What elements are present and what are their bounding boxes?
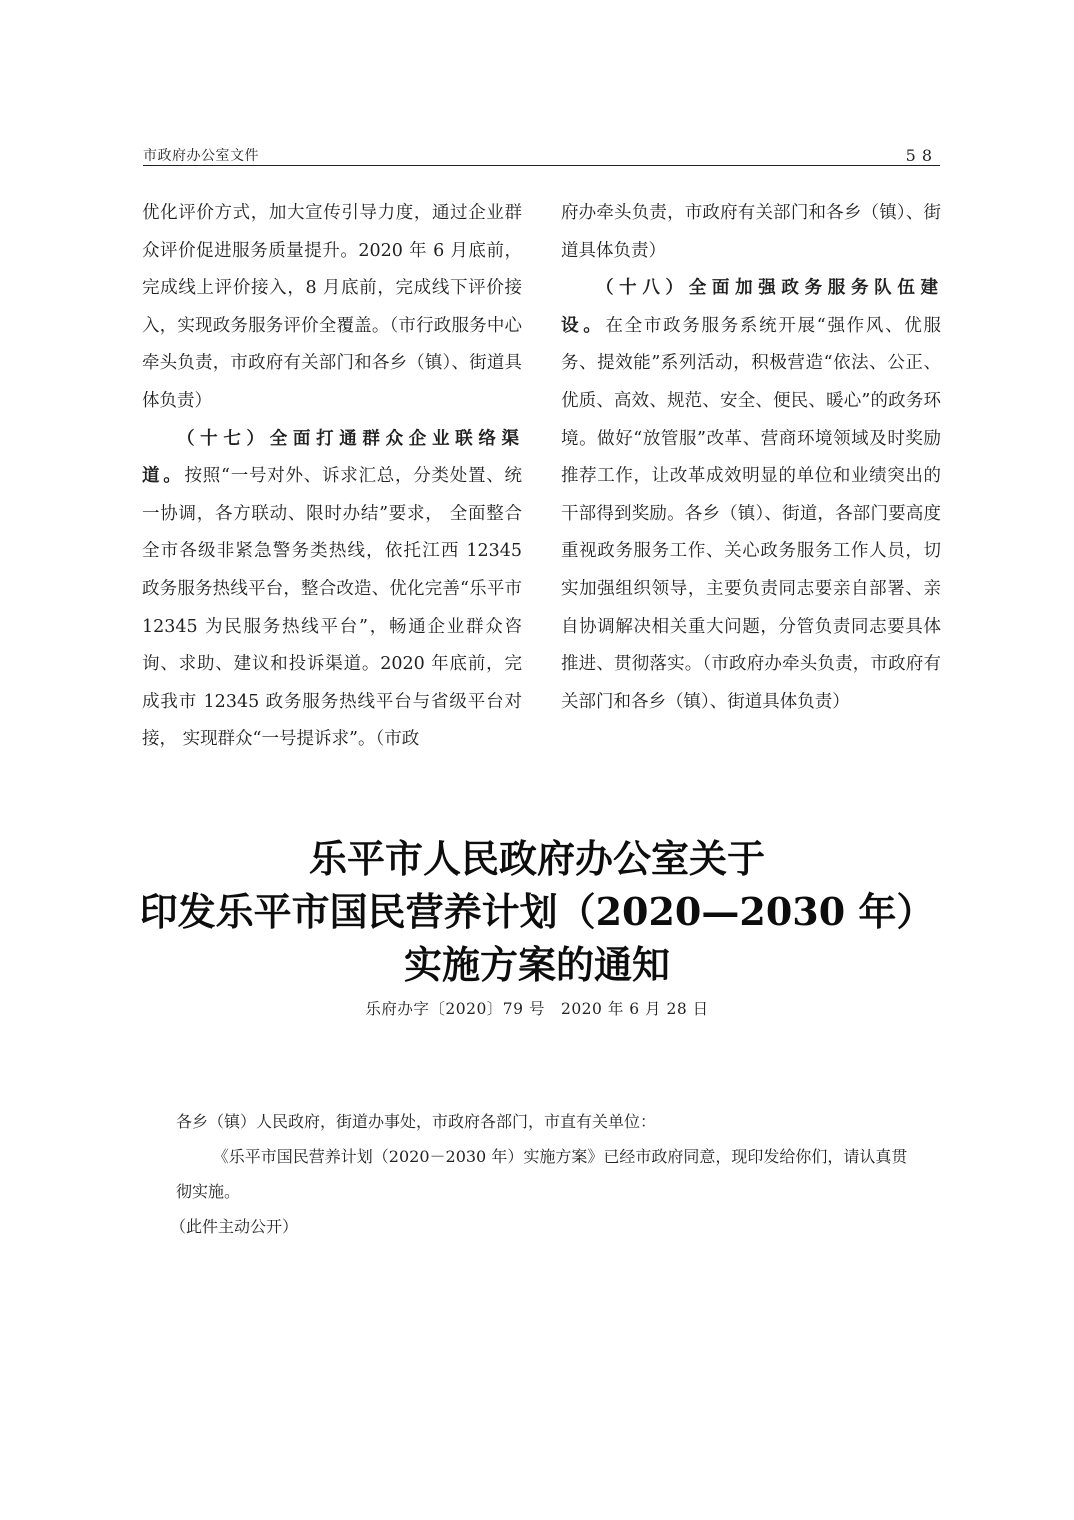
page-header: 市政府办公室文件 58 bbox=[143, 146, 940, 166]
paragraph-section-17: （十七）全面打通群众企业联络渠道。按照“一号对外、诉求汇总，分类处置、统一协调，… bbox=[142, 421, 522, 759]
paragraph-continuation: 优化评价方式，加大宣传引导力度，通过企业群众评价促进服务质量提升。2020 年 … bbox=[142, 195, 522, 421]
addressee: 各乡（镇）人民政府，街道办事处，市政府各部门，市直有关单位： bbox=[176, 1104, 916, 1139]
page-number: 58 bbox=[906, 148, 938, 164]
notice-title-line-1: 乐平市人民政府办公室关于 bbox=[0, 832, 1074, 885]
notice-body-text: 《乐平市国民营养计划（2020－2030 年）实施方案》已经市政府同意，现印发给… bbox=[176, 1139, 916, 1209]
paragraph-continuation: 府办牵头负责，市政府有关部门和各乡（镇）、街道具体负责） bbox=[561, 195, 941, 270]
disclosure-note: （此件主动公开） bbox=[170, 1209, 916, 1244]
header-doc-label: 市政府办公室文件 bbox=[143, 148, 259, 164]
notice-title-line-2: 印发乐平市国民营养计划（2020—2030 年） bbox=[0, 885, 1074, 938]
notice-body: 各乡（镇）人民政府，街道办事处，市政府各部门，市直有关单位： 《乐平市国民营养计… bbox=[176, 1104, 916, 1244]
section-body-17: 按照“一号对外、诉求汇总，分类处置、统一协调，各方联动、限时办结”要求， 全面整… bbox=[142, 466, 522, 749]
document-number: 乐府办字〔2020〕79 号 2020 年 6 月 28 日 bbox=[0, 999, 1074, 1019]
left-column: 优化评价方式，加大宣传引导力度，通过企业群众评价促进服务质量提升。2020 年 … bbox=[142, 195, 522, 759]
notice-title-block: 乐平市人民政府办公室关于 印发乐平市国民营养计划（2020—2030 年） 实施… bbox=[0, 832, 1074, 1019]
right-column: 府办牵头负责，市政府有关部门和各乡（镇）、街道具体负责） （十八）全面加强政务服… bbox=[561, 195, 941, 721]
section-body-18: 在全市政务服务系统开展“强作风、优服务、提效能”系列活动，积极营造“依法、公正、… bbox=[561, 316, 941, 712]
notice-title-line-3: 实施方案的通知 bbox=[0, 938, 1074, 991]
paragraph-section-18: （十八）全面加强政务服务队伍建设。在全市政务服务系统开展“强作风、优服务、提效能… bbox=[561, 270, 941, 721]
